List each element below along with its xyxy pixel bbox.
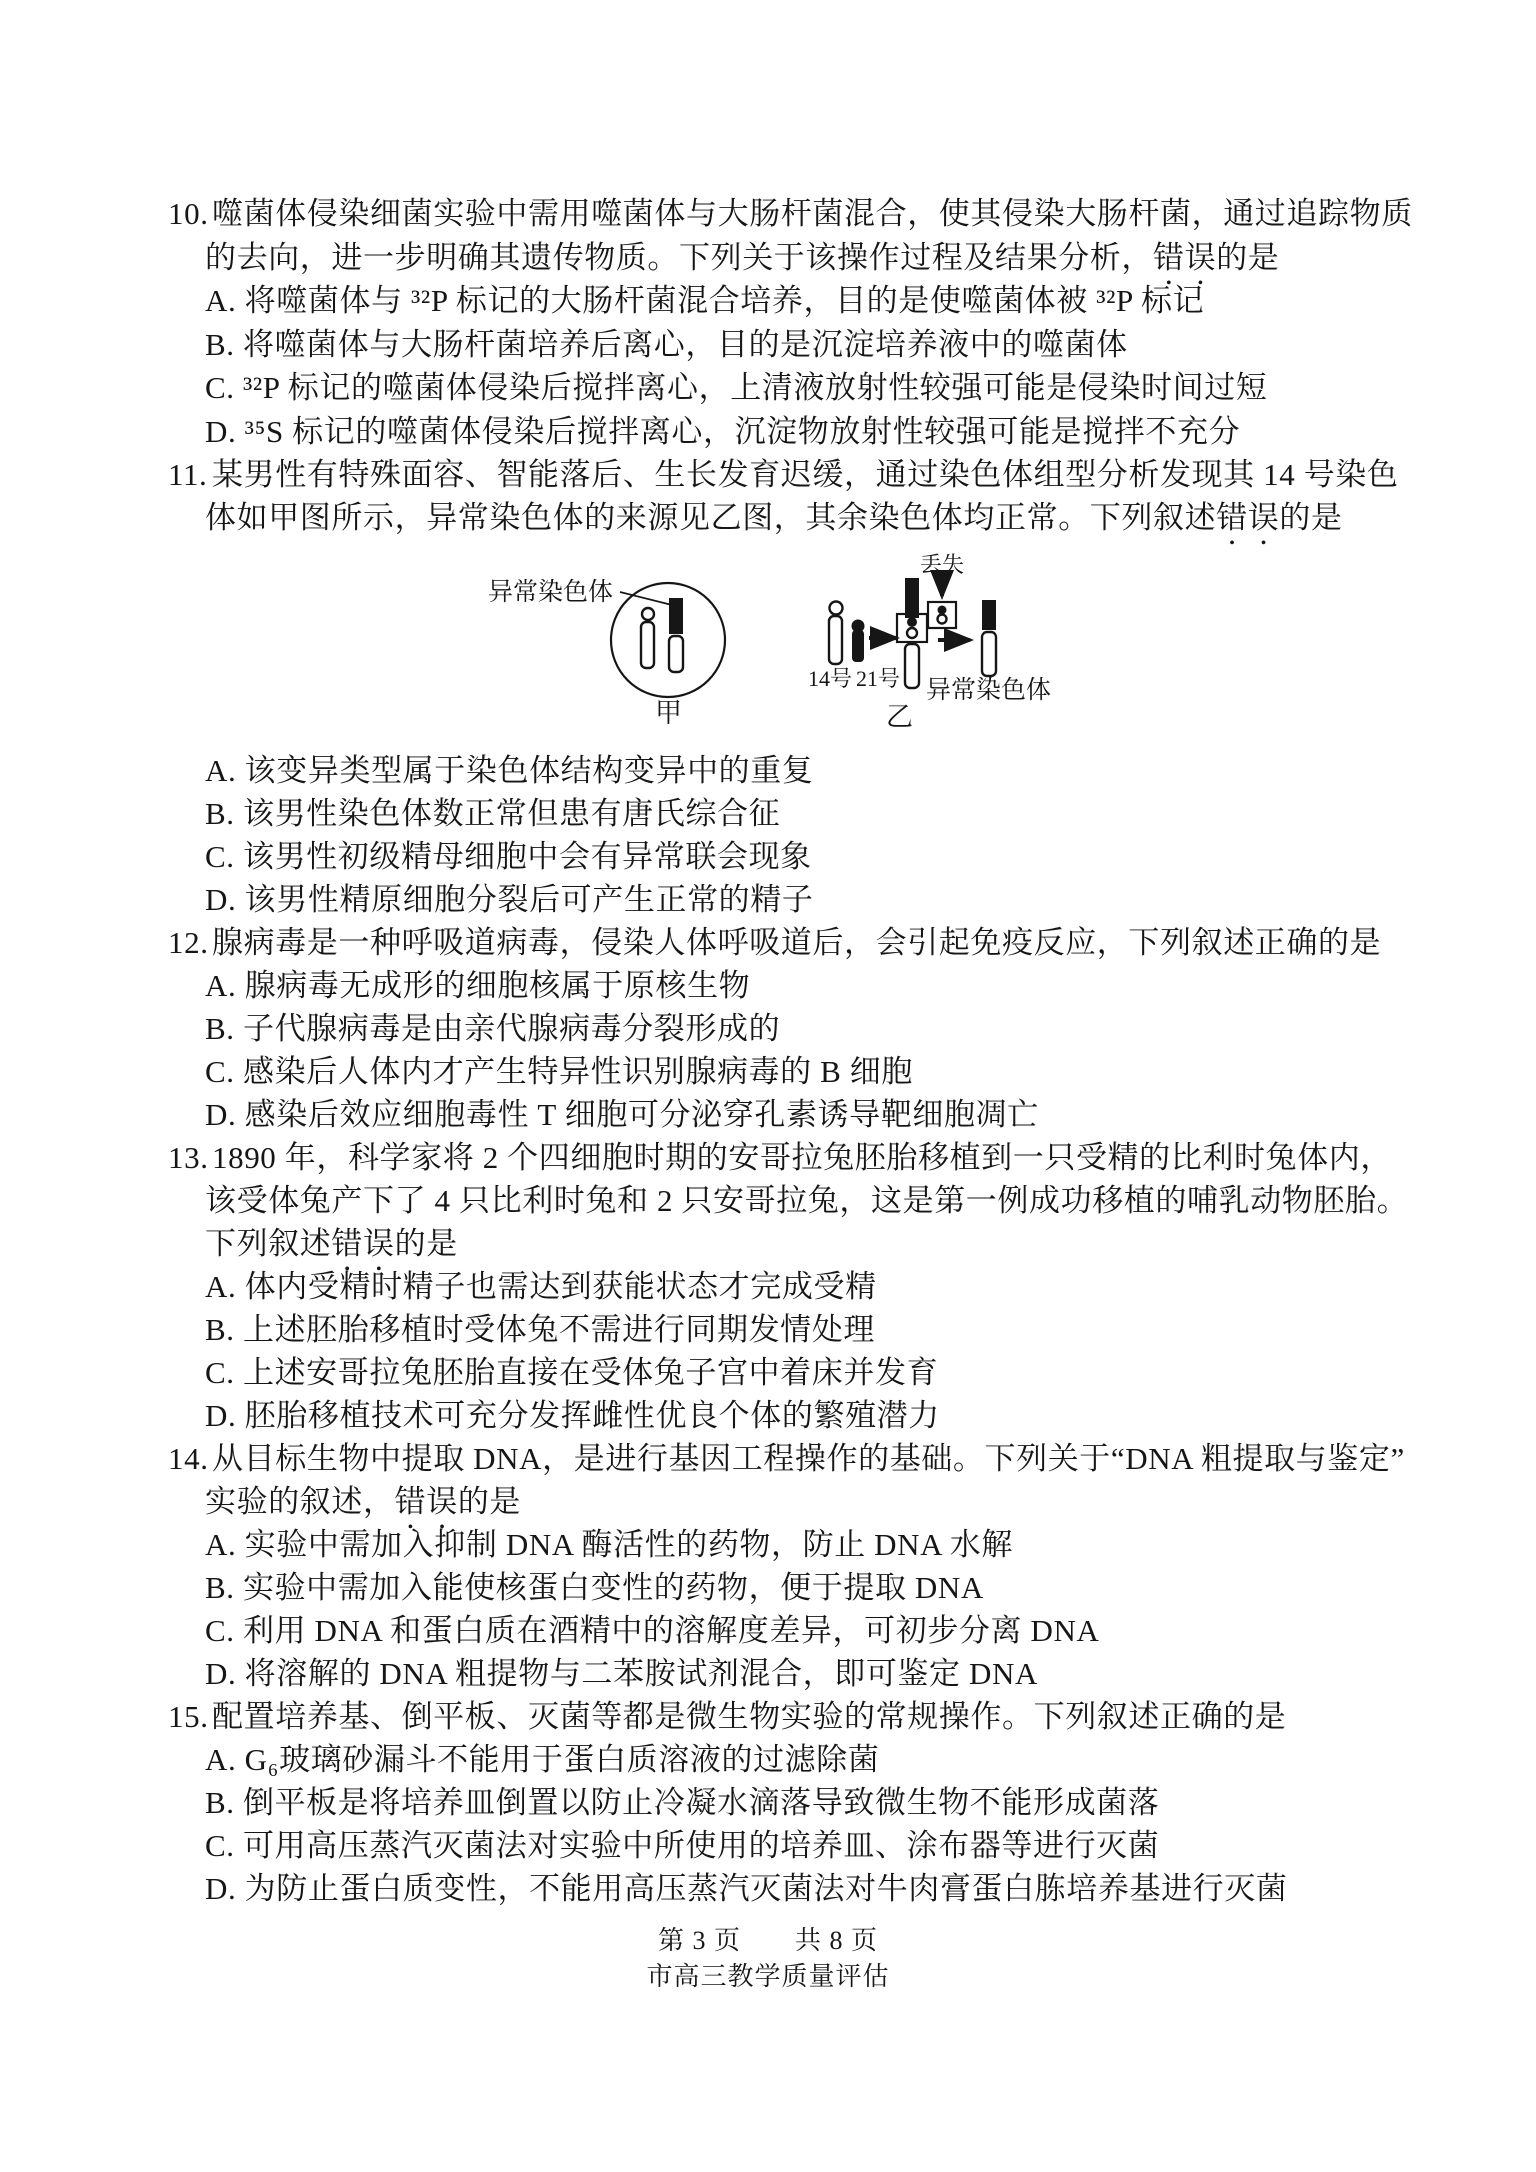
label-result-abnormal: 异常染色体 [926,676,1051,704]
q14-number: 14. [168,1441,209,1477]
q12-stem-line1: 腺病毒是一种呼吸道病毒，侵染人体呼吸道后，会引起免疫反应，下列叙述正确的是 [212,925,1381,961]
lost-fragment-knob [938,606,946,614]
junction-knob [908,618,917,627]
q14-stem-line2-pre: 实验的叙述， [205,1484,395,1519]
q13-option-a: A. 体内受精时精子也需达到获能状态才完成受精 [205,1269,877,1305]
q11-option-d: D. 该男性精原细胞分裂后可产生正常的精子 [205,882,814,918]
q14-option-b: B. 实验中需加入能使核蛋白变性的药物，便于提取 DNA [205,1570,984,1606]
yi-chr14-body [829,616,842,664]
yi-chr21-body [852,630,864,662]
fused-chromosome-bottom [905,644,919,688]
q13-option-b: B. 上述胚胎移植时受体兔不需进行同期发情处理 [205,1312,875,1348]
q14-stem-emphasis: 错误 [395,1484,458,1519]
q11-stem-line2-pre: 体如甲图所示，异常染色体的来源见乙图，其余染色体均正常。下列叙述 [205,500,1216,535]
chr14-satellite [642,608,654,620]
q11-number: 11. [168,457,207,493]
q14-option-c: C. 利用 DNA 和蛋白质在酒精中的溶解度差异，可初步分离 DNA [205,1613,1099,1649]
q12-option-b: B. 子代腺病毒是由亲代腺病毒分裂形成的 [205,1011,780,1047]
q15-number: 15. [168,1699,209,1735]
q14-stem-line1: 从目标生物中提取 DNA，是进行基因工程操作的基础。下列关于“DNA 粗提取与鉴… [212,1441,1405,1477]
fused-chromosome-top [905,578,919,618]
abnormal-chromosome-bottom [669,636,683,672]
abnormal-chromosome-top [669,598,683,634]
result-chromosome-top [982,600,996,630]
q10-option-c: C. ³²P 标记的噬菌体侵染后搅拌离心，上清液放射性较强可能是侵染时间过短 [205,370,1267,406]
q13-option-c: C. 上述安哥拉兔胚胎直接在受体兔子宫中着床并发育 [205,1355,938,1391]
q10-stem-emphasis: 错误 [1153,240,1216,275]
q10-number: 10. [168,196,209,232]
footer-doc-title: 市高三教学质量评估 [0,1956,1536,1993]
q12-option-d: D. 感染后效应细胞毒性 T 细胞可分泌穿孔素诱导靶细胞凋亡 [205,1097,1039,1133]
chr14-body [641,622,654,668]
q15-option-d: D. 为防止蛋白质变性，不能用高压蒸汽灭菌法对牛肉膏蛋白胨培养基进行灭菌 [205,1871,1287,1907]
q15-option-b: B. 倒平板是将培养皿倒置以防止冷凝水滴落导致微生物不能形成菌落 [205,1785,1159,1821]
label-yi: 乙 [886,702,913,732]
q14-stem-line2-post: 的是 [458,1484,521,1519]
q12-option-c: C. 感染后人体内才产生特异性识别腺病毒的 B 细胞 [205,1054,913,1090]
exam-page: 10. 噬菌体侵染细菌实验中需用噬菌体与大肠杆菌混合，使其侵染大肠杆菌，通过追踪… [0,0,1536,2172]
q15-option-a: A. G₆玻璃砂漏斗不能用于蛋白质溶液的过滤除菌 [205,1742,879,1778]
label-jia: 甲 [655,698,682,728]
abnormal-chromosome-callout: 异常染色体 [488,578,613,606]
q12-number: 12. [168,925,209,961]
q13-number: 13. [168,1140,209,1176]
yi-chr14-satellite [830,602,843,615]
label-lost: 丢失 [920,552,964,577]
result-chromosome-bottom [982,632,996,676]
chromosome-diagram: 异常染色体 甲 14号 21号 [440,548,1090,743]
q10-stem-line2-post: 的是 [1216,240,1279,275]
q13-stem-line3-pre: 下列叙述 [205,1226,331,1261]
q14-option-a: A. 实验中需加入抑制 DNA 酶活性的药物，防止 DNA 水解 [205,1527,1013,1563]
q11-option-a: A. 该变异类型属于染色体结构变异中的重复 [205,753,814,789]
q15-option-c: C. 可用高压蒸汽灭菌法对实验中所使用的培养皿、涂布器等进行灭菌 [205,1828,1159,1864]
q11-stem-line2-post: 的是 [1279,500,1342,535]
q11-stem-emphasis: 错误 [1216,500,1279,535]
q11-stem-line2: 体如甲图所示，异常染色体的来源见乙图，其余染色体均正常。下列叙述错误的是 [205,500,1343,552]
q13-option-d: D. 胚胎移植技术可充分发挥雌性优良个体的繁殖潜力 [205,1398,940,1434]
label-chr21: 21号 [856,666,900,691]
q12-option-a: A. 腺病毒无成形的细胞核属于原核生物 [205,968,750,1004]
q10-option-a: A. 将噬菌体与 ³²P 标记的大肠杆菌混合培养，目的是使噬菌体被 ³²P 标记 [205,283,1204,319]
figure-yi-group: 14号 21号 丢失 异常染色体 乙 [808,552,1051,732]
q10-stem-line2-pre: 的去向，进一步明确其遗传物质。下列关于该操作过程及结果分析， [205,240,1153,275]
label-chr14: 14号 [808,666,852,691]
q10-stem-line1: 噬菌体侵染细菌实验中需用噬菌体与大肠杆菌混合，使其侵染大肠杆菌，通过追踪物质 [212,196,1413,232]
q13-stem-line1: 1890 年，科学家将 2 个四细胞时期的安哥拉兔胚胎移植到一只受精的比利时兔体… [212,1140,1392,1176]
footer-page-number: 第 3 页 共 8 页 [0,1920,1536,1957]
q10-option-b: B. 将噬菌体与大肠杆菌培养后离心，目的是沉淀培养液中的噬菌体 [205,327,1128,363]
q14-option-d: D. 将溶解的 DNA 粗提物与二苯胺试剂混合，即可鉴定 DNA [205,1656,1038,1692]
q13-stem-line2: 该受体兔产下了 4 只比利时兔和 2 只安哥拉兔，这是第一例成功移植的哺乳动物胚… [205,1183,1408,1219]
q10-option-d: D. ³⁵S 标记的噬菌体侵染后搅拌离心，沉淀物放射性较强可能是搅拌不充分 [205,414,1240,450]
q11-option-b: B. 该男性染色体数正常但患有唐氏综合征 [205,796,780,832]
q13-stem-emphasis: 错误 [331,1226,394,1261]
figure-jia-group: 异常染色体 甲 [488,578,725,728]
q11-stem-line1: 某男性有特殊面容、智能落后、生长发育迟缓，通过染色体组型分析发现其 14 号染色 [212,457,1399,493]
q11-option-c: C. 该男性初级精母细胞中会有异常联会现象 [205,839,812,875]
q11-chromosome-figure: 异常染色体 甲 14号 21号 [440,548,1090,748]
q15-stem-line1: 配置培养基、倒平板、灭菌等都是微生物实验的常规操作。下列叙述正确的是 [212,1699,1286,1735]
junction-satellite [907,628,917,638]
q13-stem-line3-post: 的是 [395,1226,458,1261]
lost-fragment-satellite [938,615,947,624]
